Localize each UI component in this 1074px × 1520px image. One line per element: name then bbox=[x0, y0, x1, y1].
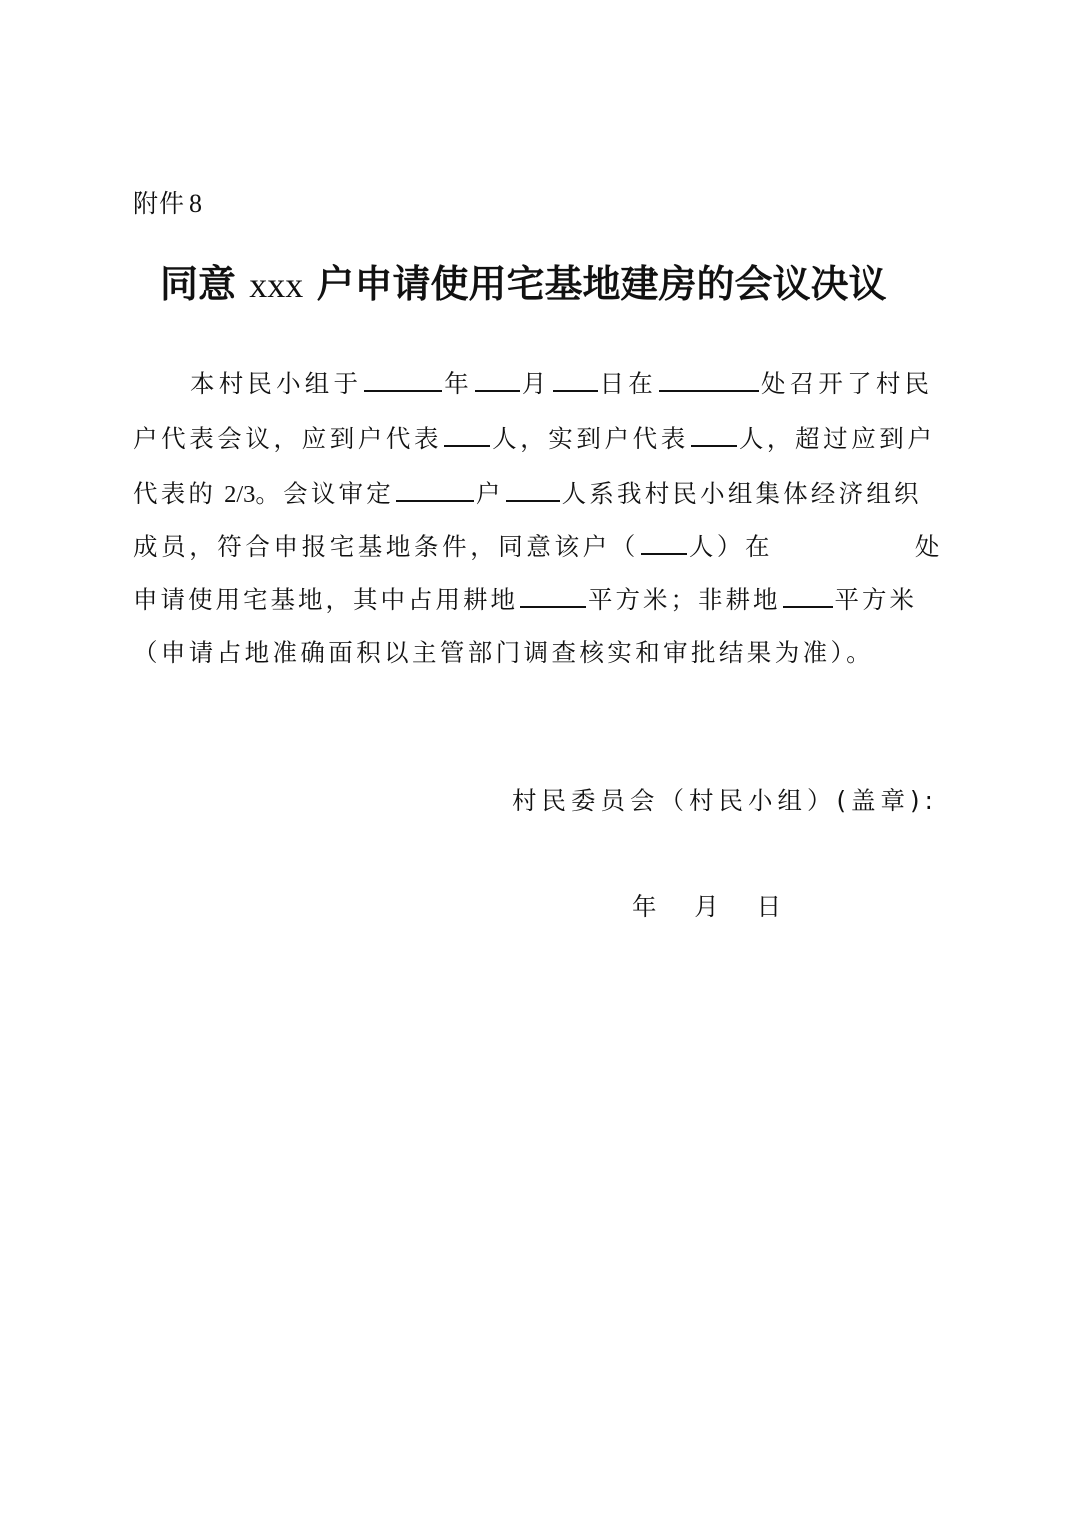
document-title: 同意 xxx 户申请使用宅基地建房的会议决议 bbox=[160, 253, 920, 308]
body-line-3: 代表的 2/3 。会议审定 户 人系我村民小组集体经济组织 bbox=[133, 475, 943, 510]
text: 日在 bbox=[600, 365, 657, 400]
title-prefix: 同意 bbox=[160, 262, 236, 306]
text: 成员，符合申报宅基地条件，同意该户（ bbox=[133, 528, 639, 563]
expected-count-blank[interactable] bbox=[444, 444, 490, 447]
body-line-2: 户代表会议，应到户代表 人，实到户代表 人，超过应到户 bbox=[133, 420, 943, 455]
body-line-1: 本村民小组于 年 月 日在 处召开了村民 bbox=[190, 365, 943, 400]
fraction: 2/3 bbox=[224, 481, 255, 509]
document-page: 附件8 同意 xxx 户申请使用宅基地建房的会议决议 本村民小组于 年 月 日在… bbox=[0, 0, 1074, 1520]
persons-blank[interactable] bbox=[641, 552, 687, 555]
location-blank[interactable] bbox=[659, 389, 759, 392]
text: 年 bbox=[444, 365, 473, 400]
date-day: 日 bbox=[757, 888, 782, 923]
title-placeholder: xxx bbox=[249, 265, 303, 305]
text: 平方米；非耕地 bbox=[588, 581, 781, 616]
attachment-number: 8 bbox=[189, 189, 203, 218]
text: 人系我村民小组集体经济组织 bbox=[562, 475, 922, 510]
text: 户 bbox=[476, 475, 504, 510]
text: 人，超过应到户 bbox=[739, 420, 936, 455]
body-line-6: （申请占地准确面积以主管部门调查核实和审批结果为准）。 bbox=[133, 634, 943, 669]
person-blank[interactable] bbox=[506, 499, 560, 502]
year-blank[interactable] bbox=[364, 389, 442, 392]
attachment-text: 附件 bbox=[133, 189, 185, 218]
farmland-area-blank[interactable] bbox=[520, 605, 586, 608]
date-line: 年 月 日 bbox=[632, 888, 811, 923]
text: 代表的 bbox=[133, 475, 216, 510]
title-suffix: 户申请使用宅基地建房的会议决议 bbox=[316, 262, 886, 306]
text: 户代表会议，应到户代表 bbox=[133, 420, 442, 455]
date-month: 月 bbox=[694, 888, 719, 923]
text: 月 bbox=[522, 365, 551, 400]
signature-line: 村民委员会（村民小组）(盖章): bbox=[512, 782, 938, 817]
text: 人）在 bbox=[689, 528, 773, 563]
day-blank[interactable] bbox=[553, 389, 598, 392]
nonfarmland-area-blank[interactable] bbox=[783, 605, 833, 608]
date-year: 年 bbox=[632, 888, 657, 923]
text: （申请占地准确面积以主管部门调查核实和审批结果为准）。 bbox=[133, 634, 874, 669]
text: 人，实到户代表 bbox=[492, 420, 689, 455]
text: 平方米 bbox=[835, 581, 918, 616]
body-line-4: 成员，符合申报宅基地条件，同意该户（ 人）在 处 bbox=[133, 528, 943, 563]
text: 申请使用宅基地，其中占用耕地 bbox=[133, 581, 518, 616]
month-blank[interactable] bbox=[475, 389, 520, 392]
text: 处召开了村民 bbox=[761, 365, 933, 400]
actual-count-blank[interactable] bbox=[691, 444, 737, 447]
text: 本村民小组于 bbox=[190, 365, 362, 400]
text: 。会议审定 bbox=[255, 475, 394, 510]
text: 处 bbox=[915, 528, 943, 563]
attachment-label: 附件8 bbox=[133, 184, 203, 220]
body-line-5: 申请使用宅基地，其中占用耕地 平方米；非耕地 平方米 bbox=[133, 581, 943, 616]
household-blank[interactable] bbox=[396, 499, 474, 502]
